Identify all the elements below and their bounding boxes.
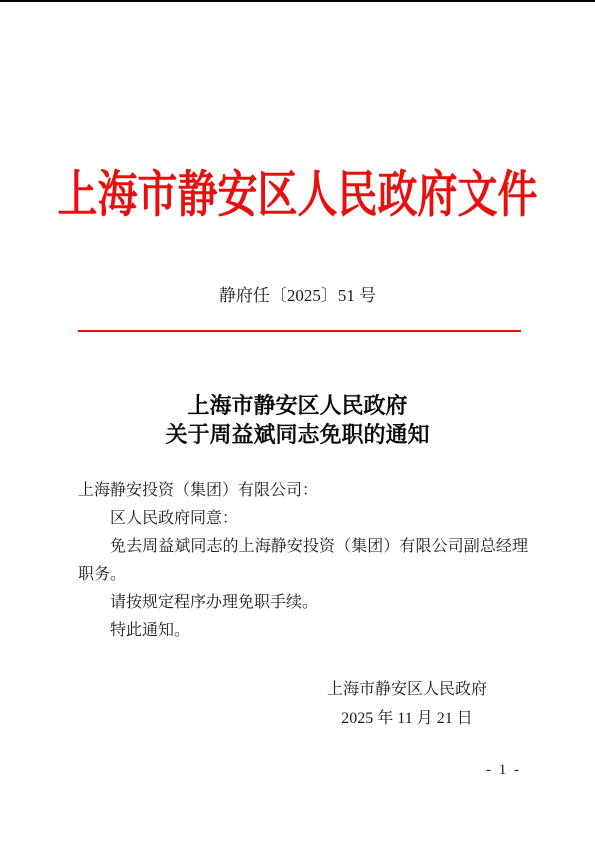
paragraph-approval: 区人民政府同意： (78, 505, 528, 533)
recipient-line: 上海静安投资（集团）有限公司： (78, 477, 528, 505)
signature-date: 2025 年 11 月 21 日 (327, 704, 487, 733)
page-number: - 1 - (486, 760, 521, 780)
paragraph-dismissal: 免去周益斌同志的上海静安投资（集团）有限公司副总经理职务。 (78, 533, 528, 589)
signature-issuer: 上海市静安区人民政府 (327, 675, 487, 704)
document-header-title: 上海市静安区人民政府文件 (0, 170, 595, 220)
signature-block: 上海市静安区人民政府 2025 年 11 月 21 日 (327, 675, 487, 733)
top-edge-line (0, 0, 595, 2)
red-separator-line (78, 330, 521, 332)
paragraph-procedure: 请按规定程序办理免职手续。 (78, 589, 528, 617)
document-page: 上海市静安区人民政府文件 静府任〔2025〕51 号 上海市静安区人民政府 关于… (0, 0, 595, 841)
notice-title: 上海市静安区人民政府 关于周益斌同志免职的通知 (0, 391, 595, 449)
paragraph-closing: 特此通知。 (78, 617, 528, 645)
notice-body: 上海静安投资（集团）有限公司： 区人民政府同意： 免去周益斌同志的上海静安投资（… (78, 477, 528, 645)
notice-title-line1: 上海市静安区人民政府 (0, 391, 595, 420)
document-number: 静府任〔2025〕51 号 (0, 284, 595, 308)
notice-title-line2: 关于周益斌同志免职的通知 (0, 420, 595, 449)
